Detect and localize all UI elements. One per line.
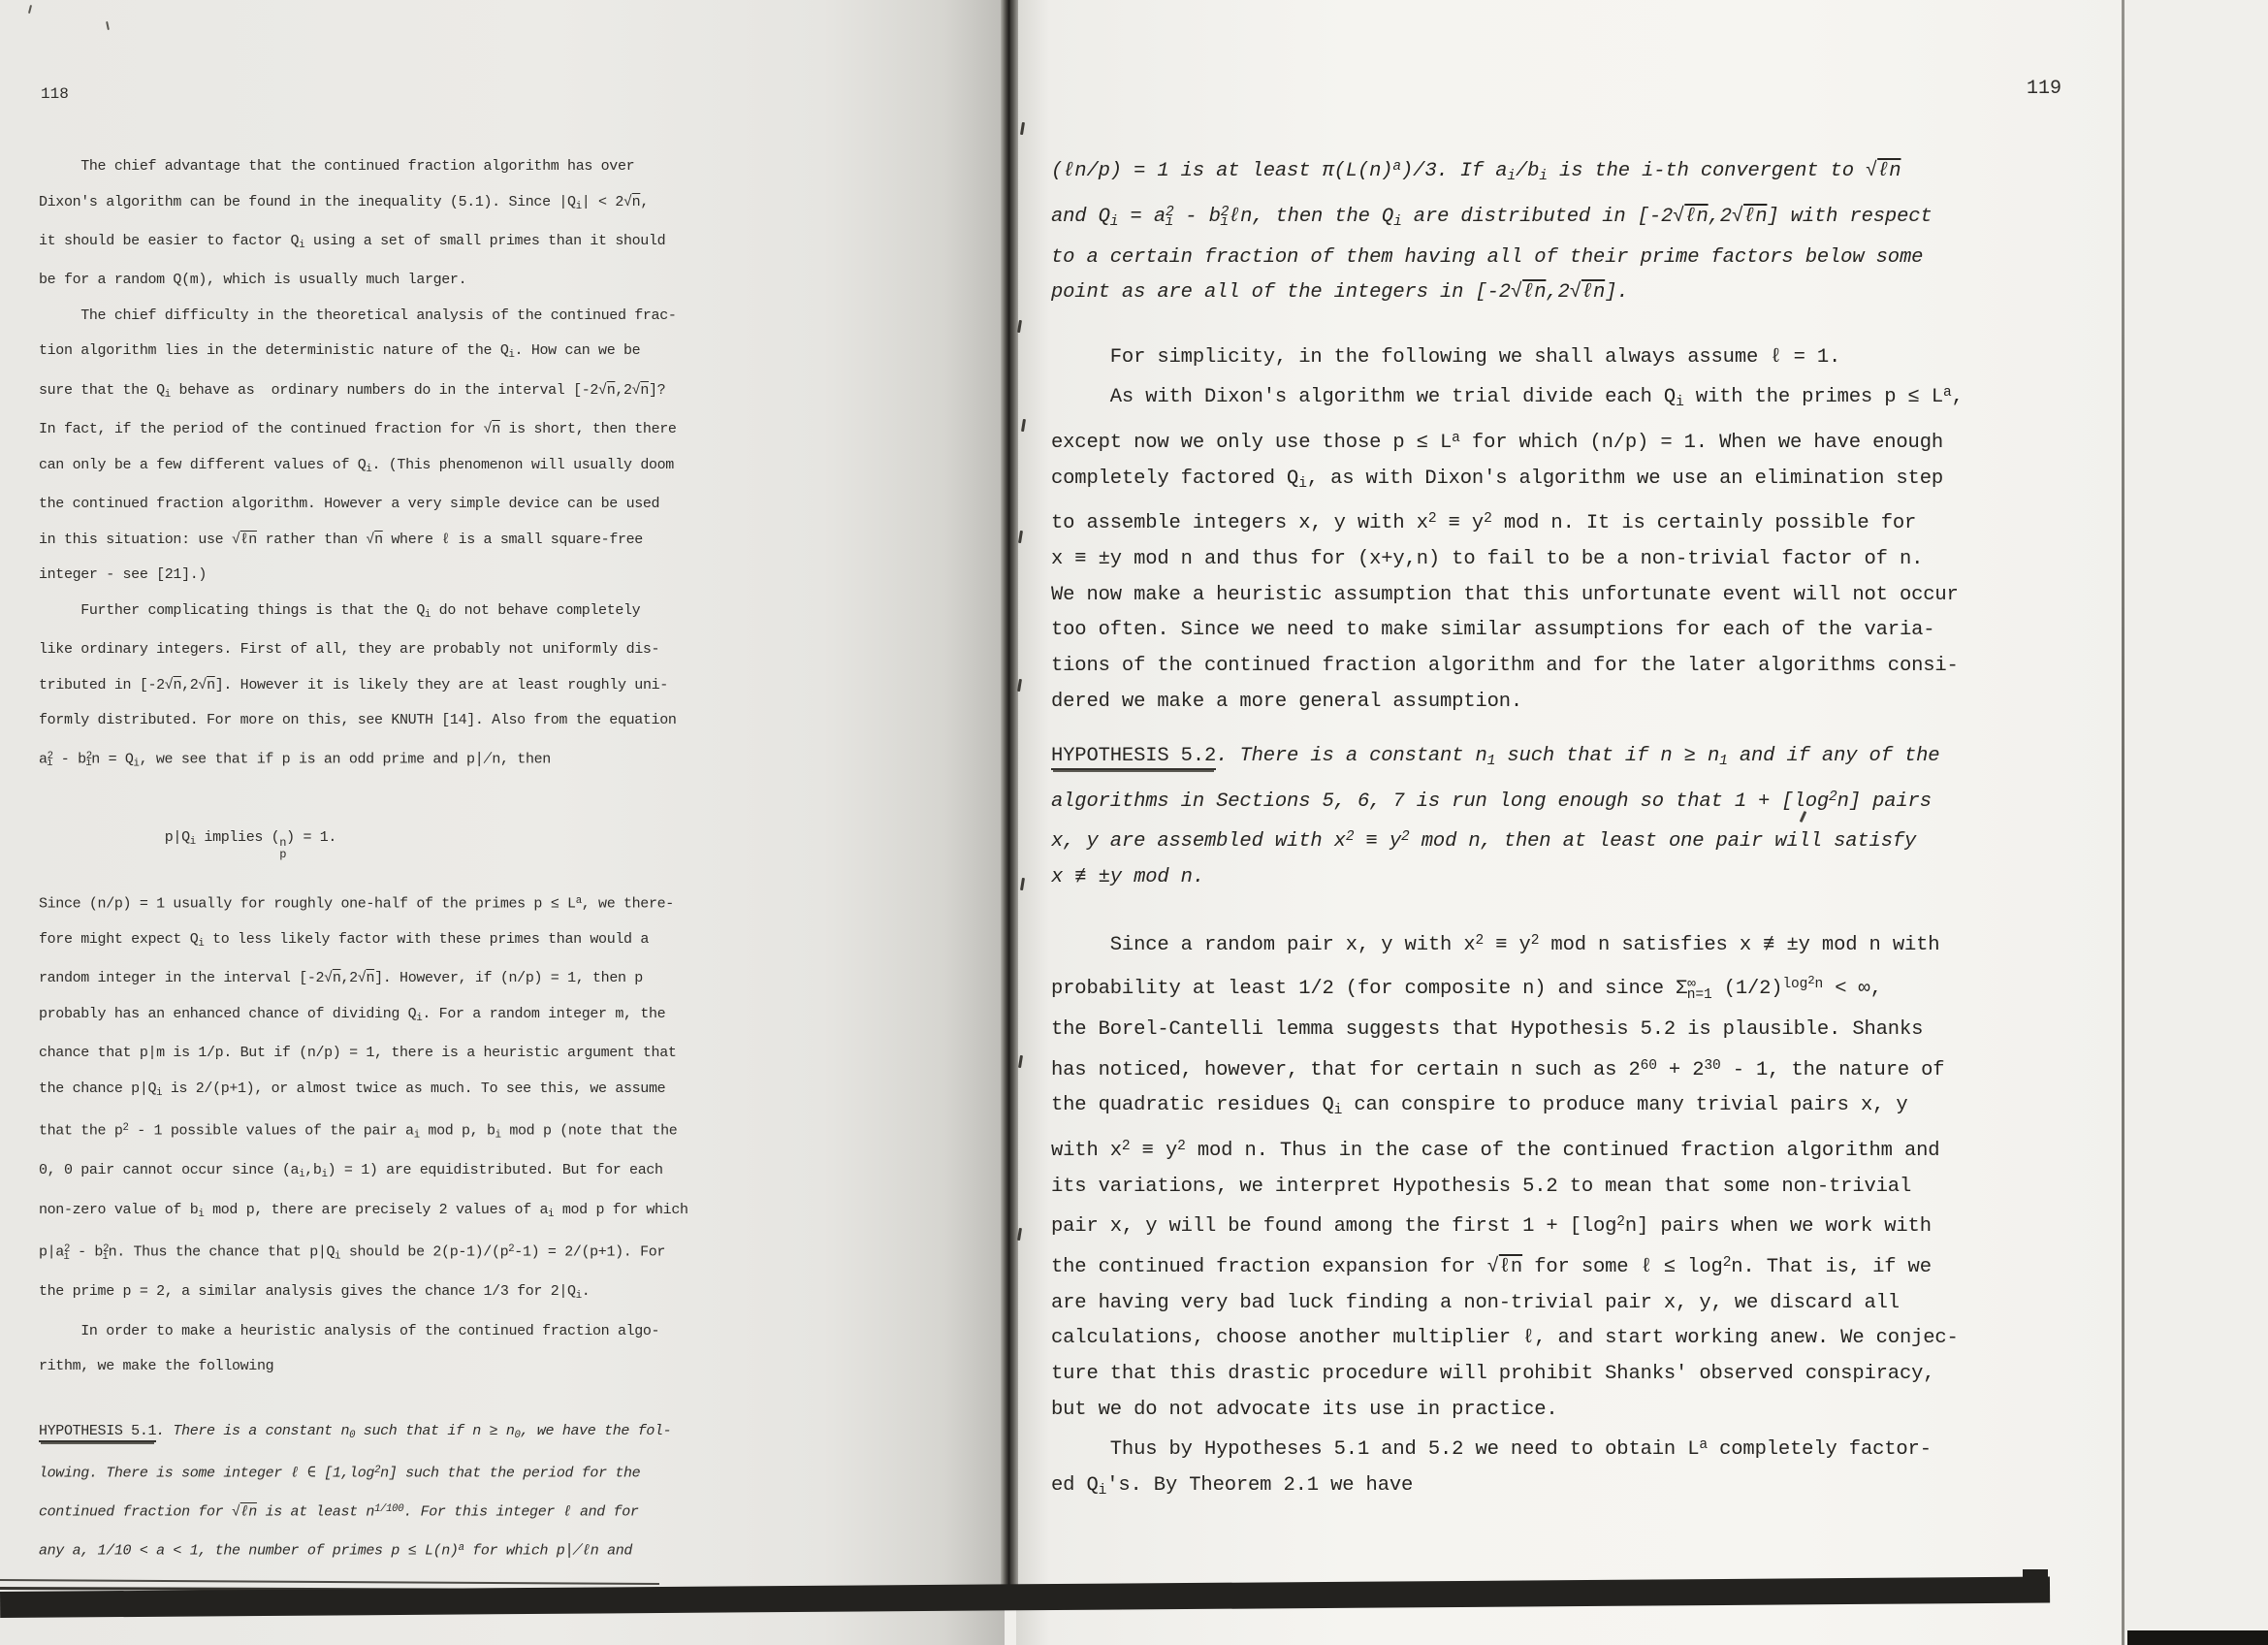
text-line: Thus by Hypotheses 5.1 and 5.2 we need t… bbox=[1051, 1428, 2103, 1468]
text-line: tions of the continued fraction algorith… bbox=[1051, 649, 2103, 685]
text-line: HYPOTHESIS 5.2. There is a constant n1 s… bbox=[1051, 739, 2103, 780]
text-line: ture that this drastic procedure will pr… bbox=[1051, 1357, 2103, 1393]
text-line: non-zero value of bi mod p, there are pr… bbox=[39, 1193, 718, 1232]
text-line: to a certain fraction of them having all… bbox=[1051, 241, 2103, 276]
text-line: integer - see [21].) bbox=[39, 558, 718, 594]
text-line: the continued fraction expansion for √ℓn… bbox=[1051, 1245, 2103, 1286]
text-line: be for a random Q(m), which is usually m… bbox=[39, 263, 718, 299]
text-line: its variations, we interpret Hypothesis … bbox=[1051, 1170, 2103, 1206]
text-line: the chance p|Qi is 2/(p+1), or almost tw… bbox=[39, 1072, 718, 1111]
text-line: with x2 ≡ y2 mod n. Thus in the case of … bbox=[1051, 1129, 2103, 1170]
paragraph: For simplicity, in the following we shal… bbox=[1051, 340, 2103, 720]
text-line: any a, 1/10 < a < 1, the number of prime… bbox=[39, 1531, 718, 1569]
text-line: and Qi = a2i - b2iℓn, then the Qi are di… bbox=[1051, 195, 2103, 241]
text-line: 0, 0 pair cannot occur since (ai,bi) = 1… bbox=[39, 1153, 718, 1192]
paragraph: Since (n/p) = 1 usually for roughly one-… bbox=[39, 884, 718, 1314]
text-line: like ordinary integers. First of all, th… bbox=[39, 632, 718, 668]
text-line: dered we make a more general assumption. bbox=[1051, 685, 2103, 721]
text-line: The chief difficulty in the theoretical … bbox=[39, 299, 718, 335]
text-line: In order to make a heuristic analysis of… bbox=[39, 1314, 718, 1350]
text-line: The chief advantage that the continued f… bbox=[39, 149, 718, 185]
right-page-text-column: (ℓn/p) = 1 is at least π(L(n)a)/3. If ai… bbox=[1051, 149, 2103, 1509]
text-line: HYPOTHESIS 5.1. There is a constant n0 s… bbox=[39, 1414, 718, 1453]
paragraph: Thus by Hypotheses 5.1 and 5.2 we need t… bbox=[1051, 1428, 2103, 1508]
text-line: x, y are assembled with x2 ≡ y2 mod n, t… bbox=[1051, 820, 2103, 860]
text-line: in this situation: use √ℓn rather than √… bbox=[39, 523, 718, 559]
text-line: tion algorithm lies in the deterministic… bbox=[39, 334, 718, 372]
text-line: that the p2 - 1 possible values of the p… bbox=[39, 1111, 718, 1153]
text-line: algorithms in Sections 5, 6, 7 is run lo… bbox=[1051, 780, 2103, 821]
paragraph: In order to make a heuristic analysis of… bbox=[39, 1314, 718, 1385]
text-line: In fact, if the period of the continued … bbox=[39, 412, 718, 448]
text-line: to assemble integers x, y with x2 ≡ y2 m… bbox=[1051, 501, 2103, 542]
text-line: the continued fraction algorithm. Howeve… bbox=[39, 487, 718, 523]
paragraph: HYPOTHESIS 5.2. There is a constant n1 s… bbox=[1051, 739, 2103, 896]
text-line: probably has an enhanced chance of divid… bbox=[39, 997, 718, 1036]
text-line: are having very bad luck finding a non-t… bbox=[1051, 1286, 2103, 1322]
text-line: except now we only use those p ≤ La for … bbox=[1051, 421, 2103, 462]
paragraph: p|Qi implies (np) = 1. bbox=[39, 821, 718, 860]
text-line: p|a2i - b2in. Thus the chance that p|Qi … bbox=[39, 1232, 718, 1274]
text-line: completely factored Qi, as with Dixon's … bbox=[1051, 462, 2103, 502]
text-line: it should be easier to factor Qi using a… bbox=[39, 224, 718, 263]
text-line: For simplicity, in the following we shal… bbox=[1051, 340, 2103, 376]
text-line: has noticed, however, that for certain n… bbox=[1051, 1048, 2103, 1089]
page-number-right: 119 bbox=[2027, 78, 2061, 100]
text-line: tributed in [-2√n,2√n]. However it is li… bbox=[39, 668, 718, 704]
paragraph: Since a random pair x, y with x2 ≡ y2 mo… bbox=[1051, 923, 2103, 1428]
text-line: Since (n/p) = 1 usually for roughly one-… bbox=[39, 884, 718, 922]
text-line: Since a random pair x, y with x2 ≡ y2 mo… bbox=[1051, 923, 2103, 964]
text-line: formly distributed. For more on this, se… bbox=[39, 703, 718, 739]
text-line: the quadratic residues Qi can conspire t… bbox=[1051, 1088, 2103, 1129]
text-line: calculations, choose another multiplier … bbox=[1051, 1321, 2103, 1357]
text-line: chance that p|m is 1/p. But if (n/p) = 1… bbox=[39, 1036, 718, 1072]
paragraph: The chief advantage that the continued f… bbox=[39, 149, 718, 299]
text-line: x ≢ ±y mod n. bbox=[1051, 860, 2103, 896]
left-page-text-column: The chief advantage that the continued f… bbox=[39, 149, 718, 1569]
paragraph: Further complicating things is that the … bbox=[39, 594, 718, 782]
text-line: ed Qi's. By Theorem 2.1 we have bbox=[1051, 1468, 2103, 1509]
scan-black-bar-corner bbox=[2127, 1630, 2268, 1645]
text-line: We now make a heuristic assumption that … bbox=[1051, 578, 2103, 614]
page-number-left: 118 bbox=[41, 85, 69, 103]
text-line: continued fraction for √ℓn is at least n… bbox=[39, 1492, 718, 1531]
text-line: too often. Since we need to make similar… bbox=[1051, 613, 2103, 649]
text-line: p|Qi implies (np) = 1. bbox=[39, 821, 718, 860]
scanned-book-spread: 118 119 The chief advantage that the con… bbox=[0, 0, 2268, 1645]
text-line: (ℓn/p) = 1 is at least π(L(n)a)/3. If ai… bbox=[1051, 149, 2103, 195]
page-edge-line bbox=[2122, 0, 2124, 1645]
binding-gutter bbox=[1001, 0, 1018, 1602]
text-line: the Borel-Cantelli lemma suggests that H… bbox=[1051, 1013, 2103, 1048]
text-line: lowing. There is some integer ℓ ∈ [1,log… bbox=[39, 1453, 718, 1492]
text-line: Further complicating things is that the … bbox=[39, 594, 718, 632]
text-line: random integer in the interval [-2√n,2√n… bbox=[39, 961, 718, 997]
text-line: Dixon's algorithm can be found in the in… bbox=[39, 185, 718, 224]
text-line: point as are all of the integers in [-2√… bbox=[1051, 275, 2103, 311]
paragraph: The chief difficulty in the theoretical … bbox=[39, 299, 718, 594]
scan-black-bar-step bbox=[2023, 1569, 2048, 1589]
text-line: x ≡ ±y mod n and thus for (x+y,n) to fai… bbox=[1051, 542, 2103, 578]
text-line: sure that the Qi behave as ordinary numb… bbox=[39, 373, 718, 412]
text-line: a2i - b2in = Qi, we see that if p is an … bbox=[39, 739, 718, 782]
text-line: can only be a few different values of Qi… bbox=[39, 448, 718, 487]
text-line: pair x, y will be found among the first … bbox=[1051, 1205, 2103, 1245]
text-line: probability at least 1/2 (for composite … bbox=[1051, 963, 2103, 1013]
paragraph: (ℓn/p) = 1 is at least π(L(n)a)/3. If ai… bbox=[1051, 149, 2103, 311]
text-line: the prime p = 2, a similar analysis give… bbox=[39, 1274, 718, 1313]
text-line: As with Dixon's algorithm we trial divid… bbox=[1051, 375, 2103, 421]
text-line: but we do not advocate its use in practi… bbox=[1051, 1393, 2103, 1429]
text-line: fore might expect Qi to less likely fact… bbox=[39, 922, 718, 961]
text-line: rithm, we make the following bbox=[39, 1349, 718, 1385]
paragraph: HYPOTHESIS 5.1. There is a constant n0 s… bbox=[39, 1414, 718, 1569]
